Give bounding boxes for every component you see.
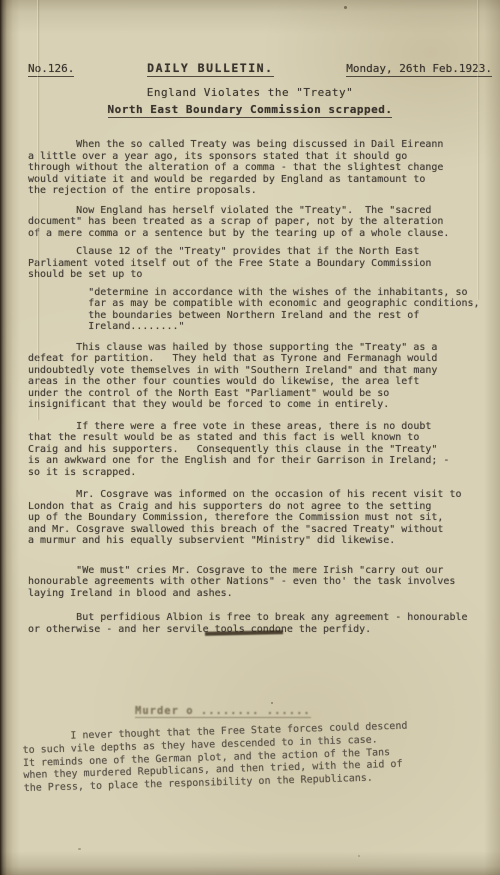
paper-crease-line [477,0,478,300]
headline: England Violates the "Treaty" [0,86,500,99]
ink-speck [344,6,347,9]
article-paragraph: This clause was hailed by those supporti… [28,342,492,411]
article-body: When the so called Treaty was being disc… [28,139,492,635]
scanned-document-page: No.126. DAILY BULLETIN. Monday, 26th Feb… [0,0,500,875]
paper-crease-line [37,0,38,420]
article-paragraph: If there were a free vote in these areas… [28,421,492,479]
faded-section-heading: Murder o ........ ...... [135,705,311,718]
article-paragraph: Now England has herself violated the "Tr… [28,205,492,240]
ink-speck [358,855,360,857]
ink-speck [271,702,273,704]
second-article-section: Murder o ........ ...... I never thought… [24,635,492,796]
masthead-date: Monday, 26th Feb.1923. [346,62,492,77]
subheadline: North East Boundary Commission scrapped. [0,103,500,118]
article-paragraph: When the so called Treaty was being disc… [28,139,492,197]
masthead-title: DAILY BULLETIN. [147,62,273,77]
masthead: No.126. DAILY BULLETIN. Monday, 26th Feb… [28,62,492,77]
article-paragraph: Clause 12 of the "Treaty" provides that … [28,246,492,281]
ink-speck [78,848,81,850]
skewed-paragraph: I never thought that the Free State forc… [22,718,492,796]
article-blockquote: "determine in accordance with the wishes… [28,287,492,333]
document-number: No.126. [28,62,74,77]
article-paragraph: Mr. Cosgrave was informed on the occasio… [28,489,492,547]
article-paragraph: "We must" cries Mr. Cosgrave to the mere… [28,565,492,600]
